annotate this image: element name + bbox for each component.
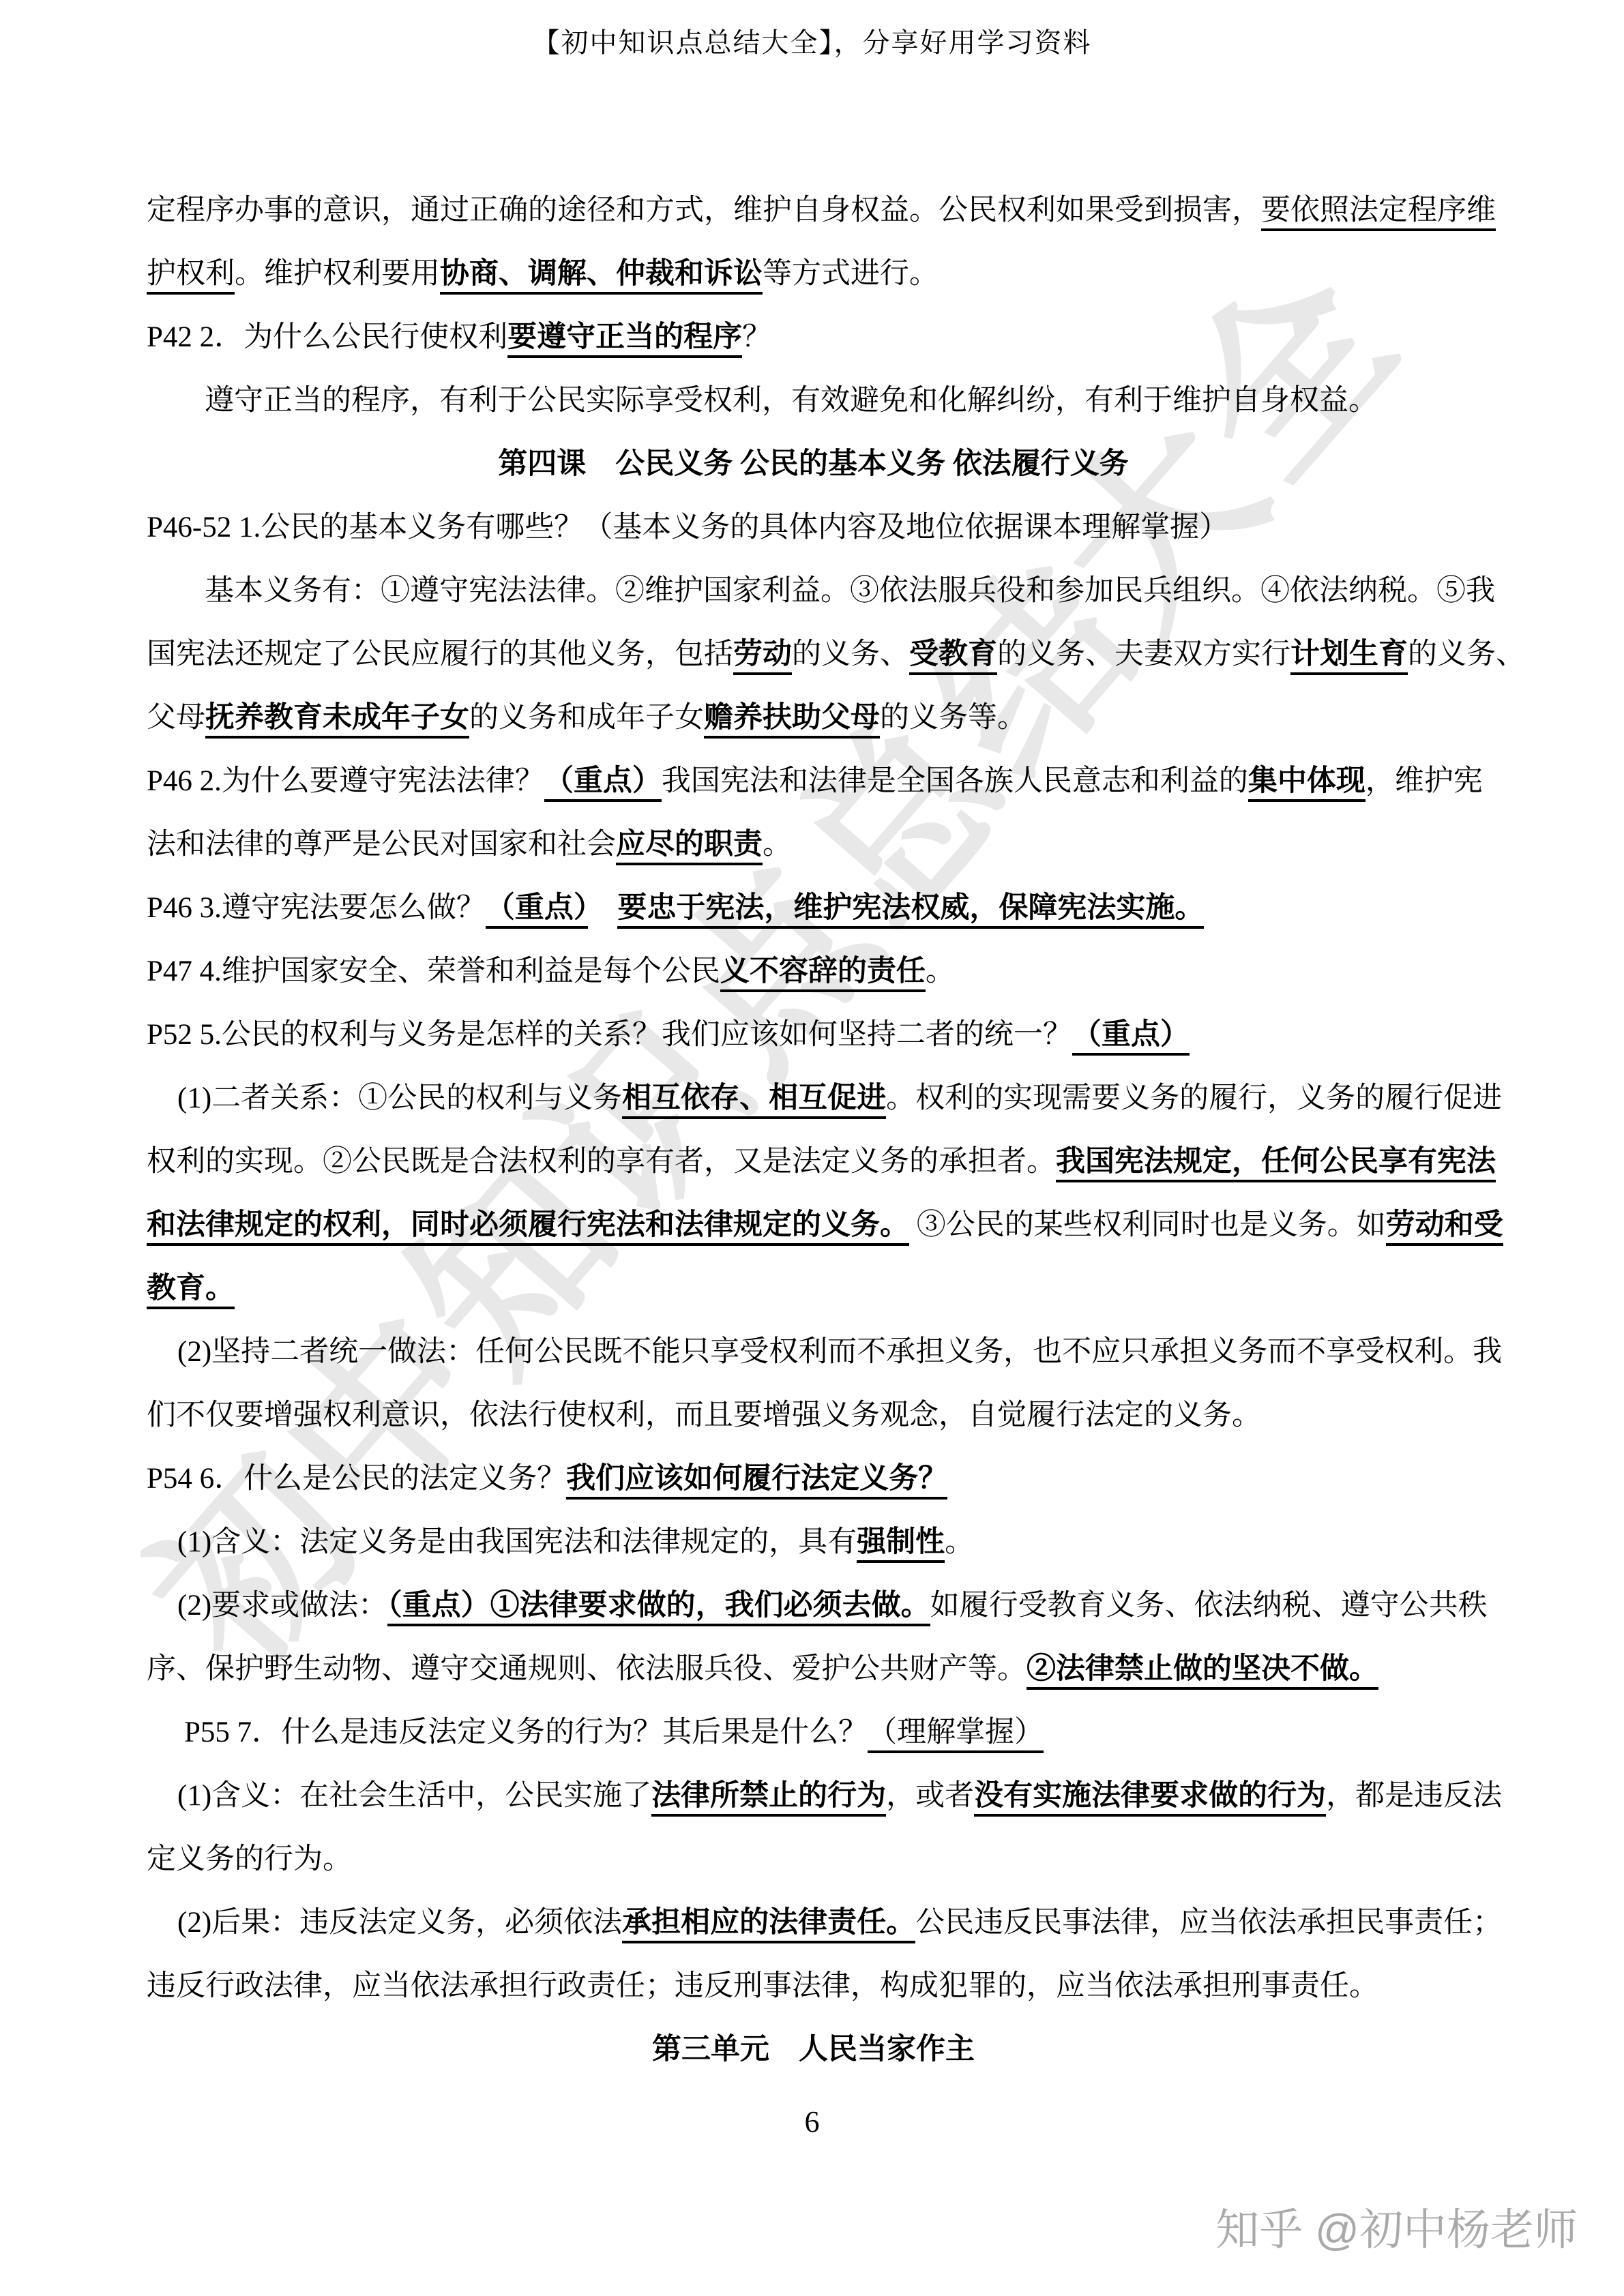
- text-line: 父母抚养教育未成年子女的义务和成年子女赡养扶助父母的义务等。: [147, 686, 1480, 749]
- text-segment: 。权利的实现需要义务的履行，义务的履行促进: [886, 1082, 1502, 1114]
- text-segment: 抚养教育未成年子女: [205, 702, 469, 739]
- text-segment: P46 2.为什么要遵守宪法法律？: [147, 765, 544, 797]
- text-segment: 的义务、: [792, 638, 909, 670]
- text-line: P52 5.公民的权利与义务是怎样的关系？我们应该如何坚持二者的统一？（重点）: [147, 1003, 1480, 1067]
- text-segment: 。: [945, 1526, 974, 1558]
- text-segment: 的义务和成年子女: [469, 702, 704, 734]
- document-header-title: 【初中知识点总结大全】，分享好用学习资料: [0, 22, 1624, 64]
- text-line: 基本义务有：①遵守宪法法律。②维护国家利益。③依法服兵役和参加民兵组织。④依法纳…: [147, 559, 1480, 623]
- text-segment: 我们应该如何履行法定义务？: [566, 1463, 947, 1500]
- text-line: P46 3.遵守宪法要怎么做？（重点） 要忠于宪法，维护宪法权威，保障宪法实施。: [147, 876, 1480, 940]
- text-segment: 违反行政法律，应当依法承担行政责任；违反刑事法律，构成犯罪的，应当依法承担刑事责…: [147, 1970, 1378, 2002]
- text-segment: 的义务等。: [880, 702, 1027, 734]
- text-segment: 受教育: [909, 638, 997, 675]
- text-segment: 协商、调解、仲裁和诉讼: [440, 258, 763, 295]
- document-page: 【初中知识点总结大全】，分享好用学习资料 初中知识点总结大全 定程序办事的意识，…: [0, 0, 1624, 2296]
- text-segment: （理解掌握）: [868, 1716, 1044, 1753]
- text-segment: 第四课 公民义务 公民的基本义务 依法履行义务: [498, 448, 1129, 480]
- text-segment: (2)坚持二者统一做法：任何公民既不能只享受权利而不承担义务，也不应只承担义务而…: [177, 1336, 1502, 1368]
- credit-watermark: 知乎 @初中杨老师: [1215, 2204, 1578, 2256]
- text-segment: ②法律禁止做的坚决不做。: [1027, 1653, 1378, 1690]
- text-segment: 相互依存、相互促进: [622, 1082, 886, 1119]
- text-line: 教育。: [147, 1257, 1480, 1320]
- text-segment: 。: [926, 955, 955, 987]
- text-segment: 集中体现: [1248, 765, 1365, 802]
- text-segment: 计划生育: [1290, 638, 1408, 675]
- page-number: 6: [0, 2102, 1624, 2143]
- text-line: (1)二者关系：①公民的权利与义务相互依存、相互促进。权利的实现需要义务的履行，…: [147, 1067, 1480, 1130]
- text-line: 定义务的行为。: [147, 1828, 1480, 1891]
- text-segment: (2)后果：违反法定义务，必须依法: [177, 1907, 622, 1939]
- text-line: P47 4.维护国家安全、荣誉和利益是每个公民义不容辞的责任。: [147, 940, 1480, 1003]
- text-segment: 的义务、: [1408, 638, 1525, 670]
- text-segment: 承担相应的法律责任。: [622, 1907, 915, 1943]
- text-segment: 法和法律的尊严是公民对国家和社会: [147, 829, 616, 861]
- text-segment: 护权利: [147, 258, 235, 295]
- text-segment: （重点）: [486, 892, 589, 929]
- text-segment: (1)含义：在社会生活中，公民实施了: [177, 1780, 651, 1812]
- text-segment: 要遵守正当的程序: [507, 321, 742, 358]
- text-segment: 权利的实现。②公民既是合法权利的享有者，又是法定义务的承担者。: [147, 1146, 1056, 1178]
- text-line: 序、保护野生动物、遵守交通规则、依法服兵役、爱护公共财产等。②法律禁止做的坚决不…: [147, 1637, 1480, 1701]
- text-segment: 。维护权利要用: [235, 258, 440, 290]
- text-segment: 义不容辞的责任: [720, 955, 926, 992]
- text-line: (1)含义：法定义务是由我国宪法和法律规定的，具有强制性。: [147, 1510, 1480, 1574]
- text-segment: 和法律规定的权利，同时必须履行宪法和法律规定的义务。: [147, 1209, 909, 1246]
- text-segment: P46-52 1.公民的基本义务有哪些？（基本义务的具体内容及地位依据课本理解掌…: [147, 511, 1228, 543]
- text-segment: 没有实施法律要求做的行为: [974, 1780, 1326, 1817]
- text-segment: 要忠于宪法，维护宪法权威，保障宪法实施。: [617, 892, 1204, 929]
- text-segment: 劳动: [733, 638, 792, 675]
- text-segment: 教育。: [147, 1272, 235, 1309]
- text-line: 和法律规定的权利，同时必须履行宪法和法律规定的义务。 ③公民的某些权利同时也是义…: [147, 1193, 1480, 1257]
- text-segment: （重点）: [387, 1590, 490, 1626]
- text-segment: 定程序办事的意识，通过正确的途径和方式，维护自身权益。公民权利如果受到损害，: [147, 194, 1261, 226]
- text-segment: 应尽的职责: [616, 829, 763, 865]
- text-segment: P52 5.公民的权利与义务是怎样的关系？我们应该如何坚持二者的统一？: [147, 1019, 1072, 1051]
- text-segment: 的义务、夫妻双方实行: [997, 638, 1290, 670]
- section-heading: 第四课 公民义务 公民的基本义务 依法履行义务: [147, 432, 1480, 496]
- text-segment: （重点）: [544, 765, 662, 802]
- text-segment: ③公民的某些权利同时也是义务。如: [909, 1209, 1386, 1241]
- text-segment: 劳动和受: [1386, 1209, 1503, 1246]
- text-segment: ①法律要求做的，我们必须去做。: [490, 1590, 930, 1626]
- text-segment: 赡养扶助父母: [704, 702, 880, 739]
- document-body: 定程序办事的意识，通过正确的途径和方式，维护自身权益。公民权利如果受到损害，要依…: [147, 179, 1480, 2081]
- text-segment: ，维护宪: [1365, 765, 1483, 797]
- text-segment: （重点）: [1072, 1019, 1190, 1056]
- text-segment: P46 3.遵守宪法要怎么做？: [147, 892, 486, 924]
- text-line: (2)要求或做法：（重点）①法律要求做的，我们必须去做。如履行受教育义务、依法纳…: [147, 1574, 1480, 1637]
- text-line: P54 6．什么是公民的法定义务？我们应该如何履行法定义务？: [147, 1447, 1480, 1510]
- text-line: P42 2．为什么公民行使权利要遵守正当的程序？: [147, 305, 1480, 369]
- text-segment: (1)二者关系：①公民的权利与义务: [177, 1082, 622, 1114]
- text-segment: P42 2．为什么公民行使权利: [147, 321, 507, 353]
- text-segment: ，都是违反法: [1326, 1780, 1502, 1812]
- text-segment: 要依照法定程序维: [1261, 194, 1496, 231]
- text-segment: (2)要求或做法：: [177, 1590, 387, 1622]
- text-line: 定程序办事的意识，通过正确的途径和方式，维护自身权益。公民权利如果受到损害，要依…: [147, 179, 1480, 242]
- text-segment: 。: [763, 829, 792, 861]
- text-line: P55 7．什么是违反法定义务的行为？其后果是什么？（理解掌握）: [147, 1701, 1480, 1764]
- text-segment: 基本义务有：①遵守宪法法律。②维护国家利益。③依法服兵役和参加民兵组织。④依法纳…: [205, 575, 1495, 607]
- text-segment: 父母: [147, 702, 205, 734]
- text-line: 护权利。维护权利要用协商、调解、仲裁和诉讼等方式进行。: [147, 242, 1480, 305]
- text-segment: ，或者: [886, 1780, 974, 1812]
- text-segment: P55 7．什么是违反法定义务的行为？其后果是什么？: [184, 1716, 868, 1748]
- text-segment: P54 6．什么是公民的法定义务？: [147, 1463, 566, 1495]
- text-segment: 第三单元 人民当家作主: [652, 2033, 975, 2066]
- text-line: (2)坚持二者统一做法：任何公民既不能只享受权利而不承担义务，也不应只承担义务而…: [147, 1320, 1480, 1384]
- text-segment: 我国宪法和法律是全国各族人民意志和利益的: [662, 765, 1248, 797]
- text-segment: 遵守正当的程序，有利于公民实际享受权利，有效避免和化解纠纷，有利于维护自身权益。: [205, 385, 1378, 417]
- text-segment: P47 4.维护国家安全、荣誉和利益是每个公民: [147, 955, 720, 987]
- text-line: 法和法律的尊严是公民对国家和社会应尽的职责。: [147, 813, 1480, 876]
- text-line: (1)含义：在社会生活中，公民实施了法律所禁止的行为，或者没有实施法律要求做的行…: [147, 1764, 1480, 1828]
- text-segment: 定义务的行为。: [147, 1843, 352, 1875]
- text-line: (2)后果：违反法定义务，必须依法承担相应的法律责任。公民违反民事法律，应当依法…: [147, 1891, 1480, 1954]
- text-segment: 序、保护野生动物、遵守交通规则、依法服兵役、爱护公共财产等。: [147, 1653, 1027, 1685]
- text-line: 们不仅要增强权利意识，依法行使权利，而且要增强义务观念，自觉履行法定的义务。: [147, 1384, 1480, 1447]
- text-segment: ？: [742, 321, 771, 353]
- text-line: 国宪法还规定了公民应履行的其他义务，包括劳动的义务、受教育的义务、夫妻双方实行计…: [147, 623, 1480, 686]
- text-segment: 如履行受教育义务、依法纳税、遵守公共秩: [930, 1590, 1488, 1622]
- text-line: 权利的实现。②公民既是合法权利的享有者，又是法定义务的承担者。我国宪法规定，任何…: [147, 1130, 1480, 1193]
- text-segment: 公民违反民事法律，应当依法承担民事责任；: [915, 1907, 1502, 1939]
- text-segment: 我国宪法规定，任何公民享有宪法: [1056, 1146, 1496, 1182]
- text-segment: 等方式进行。: [763, 258, 939, 290]
- text-line: P46-52 1.公民的基本义务有哪些？（基本义务的具体内容及地位依据课本理解掌…: [147, 496, 1480, 559]
- text-line: 遵守正当的程序，有利于公民实际享受权利，有效避免和化解纠纷，有利于维护自身权益。: [147, 369, 1480, 432]
- text-segment: 强制性: [857, 1526, 945, 1563]
- text-segment: 法律所禁止的行为: [651, 1780, 886, 1817]
- text-segment: 们不仅要增强权利意识，依法行使权利，而且要增强义务观念，自觉履行法定的义务。: [147, 1399, 1261, 1431]
- text-segment: 国宪法还规定了公民应履行的其他义务，包括: [147, 638, 733, 670]
- section-heading: 第三单元 人民当家作主: [147, 2018, 1480, 2081]
- text-line: P46 2.为什么要遵守宪法法律？（重点）我国宪法和法律是全国各族人民意志和利益…: [147, 749, 1480, 813]
- text-segment: [588, 892, 617, 924]
- text-segment: (1)含义：法定义务是由我国宪法和法律规定的，具有: [177, 1526, 857, 1558]
- text-line: 违反行政法律，应当依法承担行政责任；违反刑事法律，构成犯罪的，应当依法承担刑事责…: [147, 1954, 1480, 2018]
